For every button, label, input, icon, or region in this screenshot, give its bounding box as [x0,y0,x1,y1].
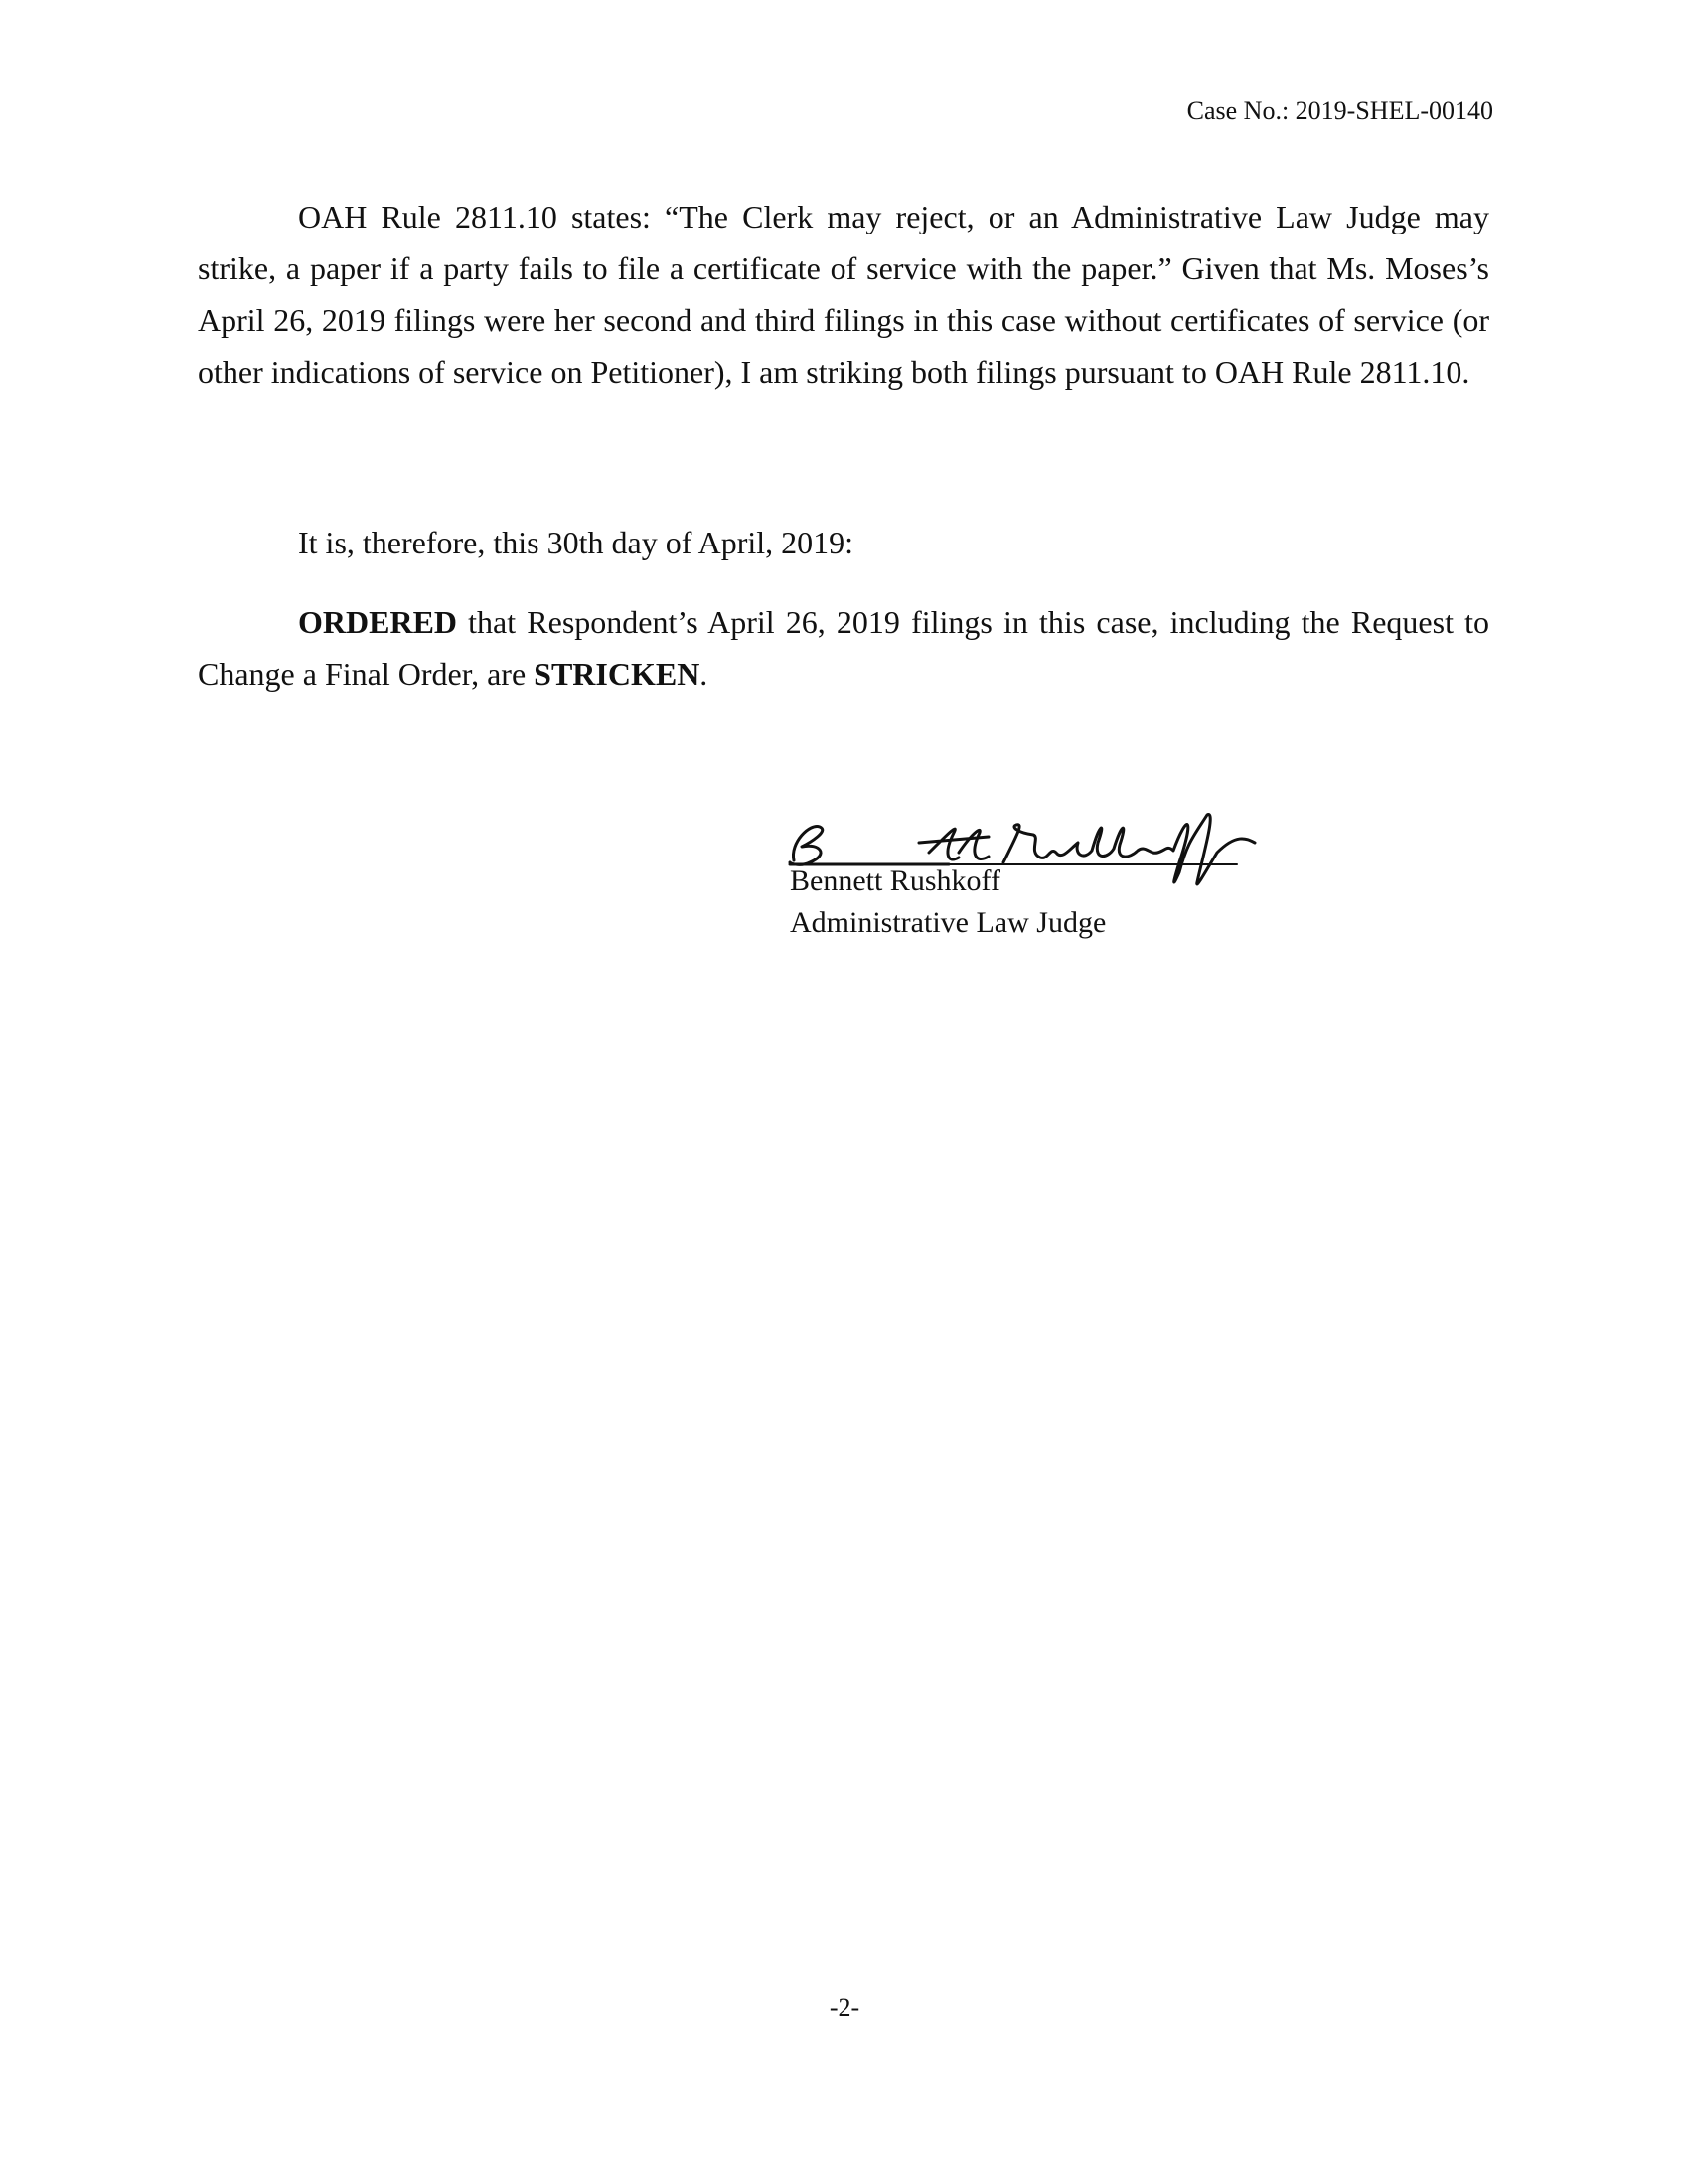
page-number: -2- [0,1993,1689,2023]
ordered-label: ORDERED [298,604,457,640]
case-number: Case No.: 2019-SHEL-00140 [1187,96,1493,126]
signature-block: Bennett Rushkoff Administrative Law Judg… [790,803,1386,962]
order-tail: . [699,656,707,692]
signer-name: Bennett Rushkoff [790,864,1000,898]
stricken-label: STRICKEN [534,656,699,692]
date-paragraph: It is, therefore, this 30th day of April… [198,517,1489,568]
date-paragraph-text: It is, therefore, this 30th day of April… [298,525,853,560]
signer-title: Administrative Law Judge [790,906,1106,940]
rule-paragraph: OAH Rule 2811.10 states: “The Clerk may … [198,191,1489,397]
rule-paragraph-text: OAH Rule 2811.10 states: “The Clerk may … [198,199,1489,390]
order-paragraph: ORDERED that Respondent’s April 26, 2019… [198,596,1489,700]
